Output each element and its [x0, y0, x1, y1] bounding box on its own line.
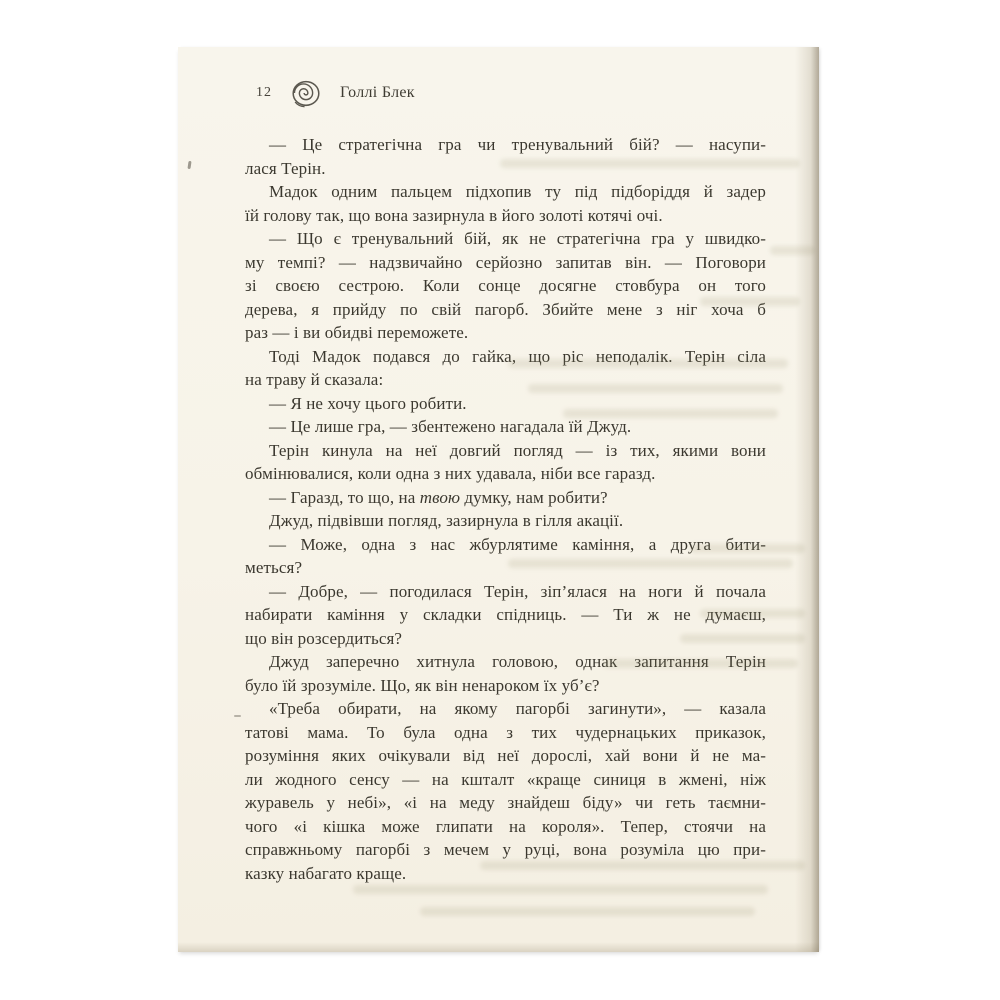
- text-line: що він розсердиться?: [245, 627, 766, 651]
- text-line: чого «і кішка може глипати на короля». Т…: [245, 815, 766, 839]
- text-line: ли жодного сенсу — на кшталт «краще сини…: [245, 768, 766, 792]
- text-line: — Що є тренувальний бій, як не стратегіч…: [245, 227, 766, 251]
- spiral-shell-ornament-icon: [287, 75, 325, 111]
- bleed-through-artifact: [420, 907, 755, 916]
- bleed-through-artifact: [770, 246, 815, 255]
- scan-speck: [234, 715, 241, 717]
- text-line: раз — і ви обидві переможете.: [245, 321, 766, 345]
- paragraph: Мадок одним пальцем підхопив ту під підб…: [245, 180, 766, 227]
- text-line: на траву й сказала:: [245, 368, 766, 392]
- text-line: справжньому пагорбі з мечем у руці, вона…: [245, 838, 766, 862]
- text-line: — Я не хочу цього робити.: [245, 392, 766, 416]
- paragraph: Джуд заперечно хитнула головою, однак за…: [245, 650, 766, 697]
- text-line: татові мама. То була одна з тих чудернац…: [245, 721, 766, 745]
- text-line: — Гаразд, то що, на твою думку, нам роби…: [245, 486, 766, 510]
- page-header: 12 Голлі Блек: [178, 75, 819, 111]
- text-line: — Це стратегічна гра чи тренувальний бій…: [245, 133, 766, 157]
- page-text: — Це стратегічна гра чи тренувальний бій…: [245, 133, 766, 885]
- scan-background: 12 Голлі Блек — Це стратегічна гра чи тр…: [0, 0, 1000, 1000]
- text-line: лася Терін.: [245, 157, 766, 181]
- text-line: — Це лише гра, — збентежено нагадала їй …: [245, 415, 766, 439]
- text-line: меться?: [245, 556, 766, 580]
- text-line: обмінювалися, коли одна з них удавала, н…: [245, 462, 766, 486]
- text-line: — Добре, — погодилася Терін, зіп’ялася н…: [245, 580, 766, 604]
- paragraph: — Може, одна з нас жбурлятиме каміння, а…: [245, 533, 766, 580]
- text-line: казку набагато краще.: [245, 862, 766, 886]
- running-header: Голлі Блек: [340, 84, 415, 102]
- scan-speck: [187, 161, 191, 169]
- paragraph: — Це стратегічна гра чи тренувальний бій…: [245, 133, 766, 180]
- paragraph: — Добре, — погодилася Терін, зіп’ялася н…: [245, 580, 766, 651]
- paragraph: Джуд, підвівши погляд, зазирнула в гілля…: [245, 509, 766, 533]
- text-line: зі своєю сестрою. Коли сонце досягне сто…: [245, 274, 766, 298]
- paragraph: Тоді Мадок подався до гайка, що ріс непо…: [245, 345, 766, 392]
- text-line: журавель у небі», «і на меду знайдеш бід…: [245, 791, 766, 815]
- text-line: — Може, одна з нас жбурлятиме каміння, а…: [245, 533, 766, 557]
- paragraph: — Це лише гра, — збентежено нагадала їй …: [245, 415, 766, 439]
- text-line: Джуд, підвівши погляд, зазирнула в гілля…: [245, 509, 766, 533]
- text-line: му темпі? — надзвичайно серйозно запитав…: [245, 251, 766, 275]
- paragraph: — Я не хочу цього робити.: [245, 392, 766, 416]
- paragraph: «Треба обирати, на якому пагорбі загинут…: [245, 697, 766, 885]
- book-page: 12 Голлі Блек — Це стратегічна гра чи тр…: [178, 47, 819, 952]
- text-line: дерева, я прийду по свій пагорб. Збийте …: [245, 298, 766, 322]
- text-line: «Треба обирати, на якому пагорбі загинут…: [245, 697, 766, 721]
- text-line: розуміння яких очікували від неї дорослі…: [245, 744, 766, 768]
- paragraph: — Що є тренувальний бій, як не стратегіч…: [245, 227, 766, 345]
- text-line: Тоді Мадок подався до гайка, що ріс непо…: [245, 345, 766, 369]
- text-line: було їй зрозуміле. Що, як він ненароком …: [245, 674, 766, 698]
- paragraph: — Гаразд, то що, на твою думку, нам роби…: [245, 486, 766, 510]
- paragraph: Терін кинула на неї довгий погляд — із т…: [245, 439, 766, 486]
- text-line: їй голову так, що вона зазирнула в його …: [245, 204, 766, 228]
- bleed-through-artifact: [353, 885, 768, 894]
- text-line: набирати каміння у складки спідниць. — Т…: [245, 603, 766, 627]
- text-line: Терін кинула на неї довгий погляд — із т…: [245, 439, 766, 463]
- page-number: 12: [256, 85, 272, 101]
- text-line: Мадок одним пальцем підхопив ту під підб…: [245, 180, 766, 204]
- text-line: Джуд заперечно хитнула головою, однак за…: [245, 650, 766, 674]
